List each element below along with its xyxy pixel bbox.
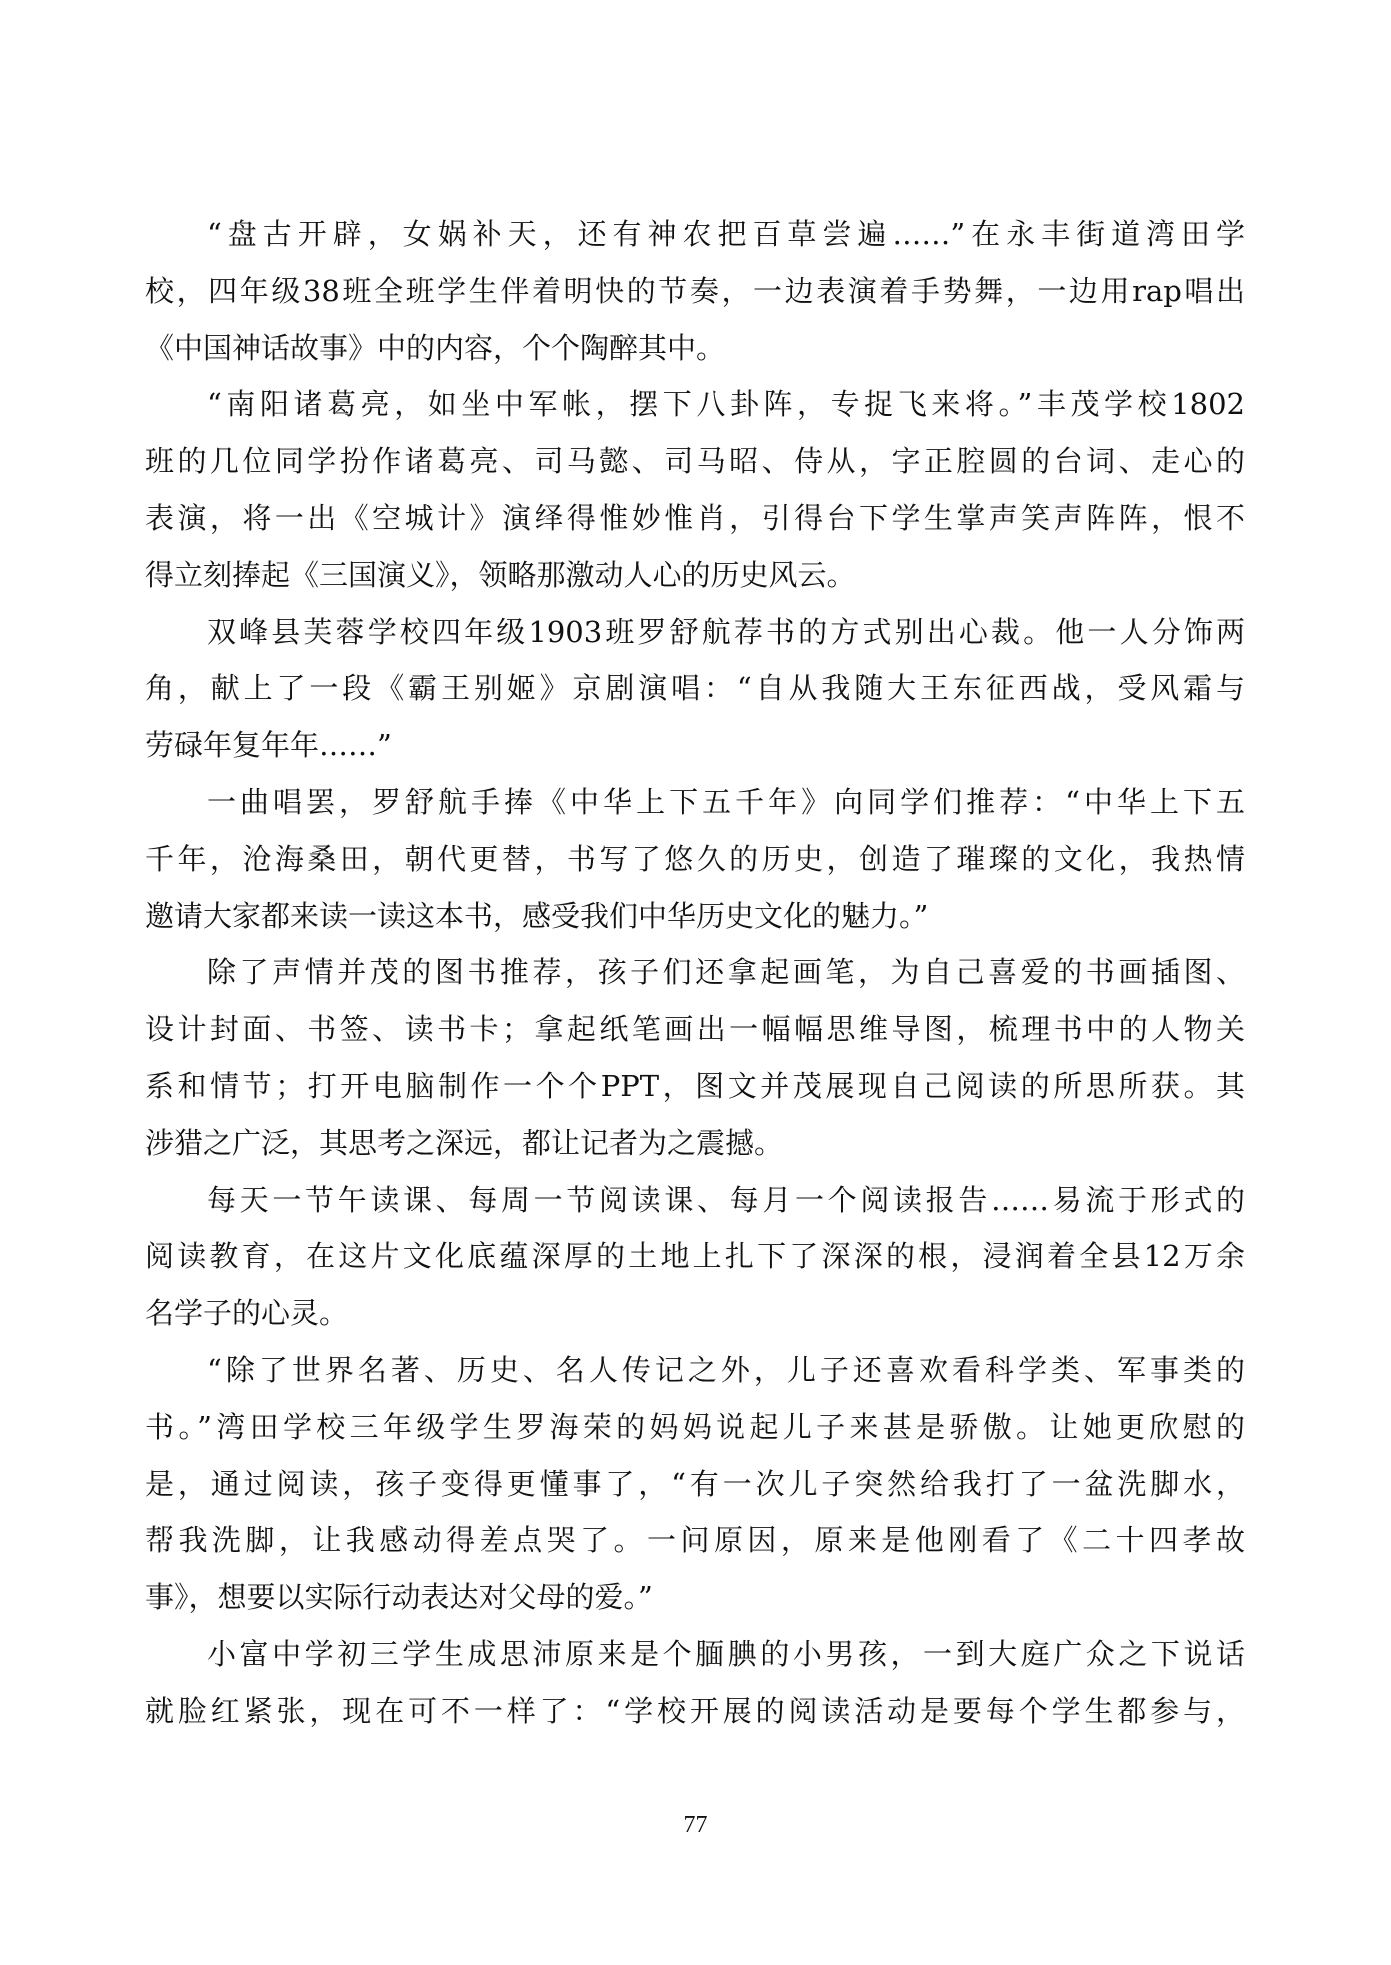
text-line: 阅读教育，在这片文化底蕴深厚的土地上扎下了深深的根，浸润着全县12万余	[145, 1228, 1245, 1285]
text-line: 名学子的心灵。	[145, 1285, 1245, 1342]
body-text: “盘古开辟，女娲补天，还有神农把百草尝遍……”在永丰街道湾田学 校，四年级38班…	[145, 206, 1245, 1740]
text-line: “盘古开辟，女娲补天，还有神农把百草尝遍……”在永丰街道湾田学	[145, 206, 1245, 263]
text-line: 得立刻捧起《三国演义》，领略那激动人心的历史风云。	[145, 547, 1245, 604]
text-line: “南阳诸葛亮，如坐中军帐，摆下八卦阵，专捉飞来将。”丰茂学校1802	[145, 376, 1245, 433]
text-line: 书。”湾田学校三年级学生罗海荣的妈妈说起儿子来甚是骄傲。让她更欣慰的	[145, 1399, 1245, 1456]
text-line: 劳碌年复年年……”	[145, 717, 1245, 774]
text-line: “除了世界名著、历史、名人传记之外，儿子还喜欢看科学类、军事类的	[145, 1342, 1245, 1399]
text-line: 《中国神话故事》中的内容，个个陶醉其中。	[145, 320, 1245, 377]
text-line: 帮我洗脚，让我感动得差点哭了。一问原因，原来是他刚看了《二十四孝故	[145, 1512, 1245, 1569]
text-line: 涉猎之广泛，其思考之深远，都让记者为之震撼。	[145, 1115, 1245, 1172]
page-number: 77	[0, 1812, 1391, 1839]
document-page: “盘古开辟，女娲补天，还有神农把百草尝遍……”在永丰街道湾田学 校，四年级38班…	[0, 0, 1391, 1965]
text-line: 邀请大家都来读一读这本书，感受我们中华历史文化的魅力。”	[145, 888, 1245, 945]
text-line: 除了声情并茂的图书推荐，孩子们还拿起画笔，为自己喜爱的书画插图、	[145, 944, 1245, 1001]
text-line: 事》，想要以实际行动表达对父母的爱。”	[145, 1569, 1245, 1626]
text-line: 就脸红紧张，现在可不一样了：“学校开展的阅读活动是要每个学生都参与，	[145, 1683, 1245, 1740]
text-line: 校，四年级38班全班学生伴着明快的节奏，一边表演着手势舞，一边用rap唱出	[145, 263, 1245, 320]
text-line: 双峰县芙蓉学校四年级1903班罗舒航荐书的方式别出心裁。他一人分饰两	[145, 604, 1245, 661]
text-line: 一曲唱罢，罗舒航手捧《中华上下五千年》向同学们推荐：“中华上下五	[145, 774, 1245, 831]
text-line: 是，通过阅读，孩子变得更懂事了，“有一次儿子突然给我打了一盆洗脚水，	[145, 1456, 1245, 1513]
text-line: 设计封面、书签、读书卡；拿起纸笔画出一幅幅思维导图，梳理书中的人物关	[145, 1001, 1245, 1058]
text-line: 系和情节；打开电脑制作一个个PPT，图文并茂展现自己阅读的所思所获。其	[145, 1058, 1245, 1115]
text-line: 角，献上了一段《霸王别姬》京剧演唱：“自从我随大王东征西战，受风霜与	[145, 660, 1245, 717]
text-line: 千年，沧海桑田，朝代更替，书写了悠久的历史，创造了璀璨的文化，我热情	[145, 831, 1245, 888]
text-line: 班的几位同学扮作诸葛亮、司马懿、司马昭、侍从，字正腔圆的台词、走心的	[145, 433, 1245, 490]
text-line: 每天一节午读课、每周一节阅读课、每月一个阅读报告……易流于形式的	[145, 1172, 1245, 1229]
text-line: 表演，将一出《空城计》演绎得惟妙惟肖，引得台下学生掌声笑声阵阵，恨不	[145, 490, 1245, 547]
text-line: 小富中学初三学生成思沛原来是个腼腆的小男孩，一到大庭广众之下说话	[145, 1626, 1245, 1683]
